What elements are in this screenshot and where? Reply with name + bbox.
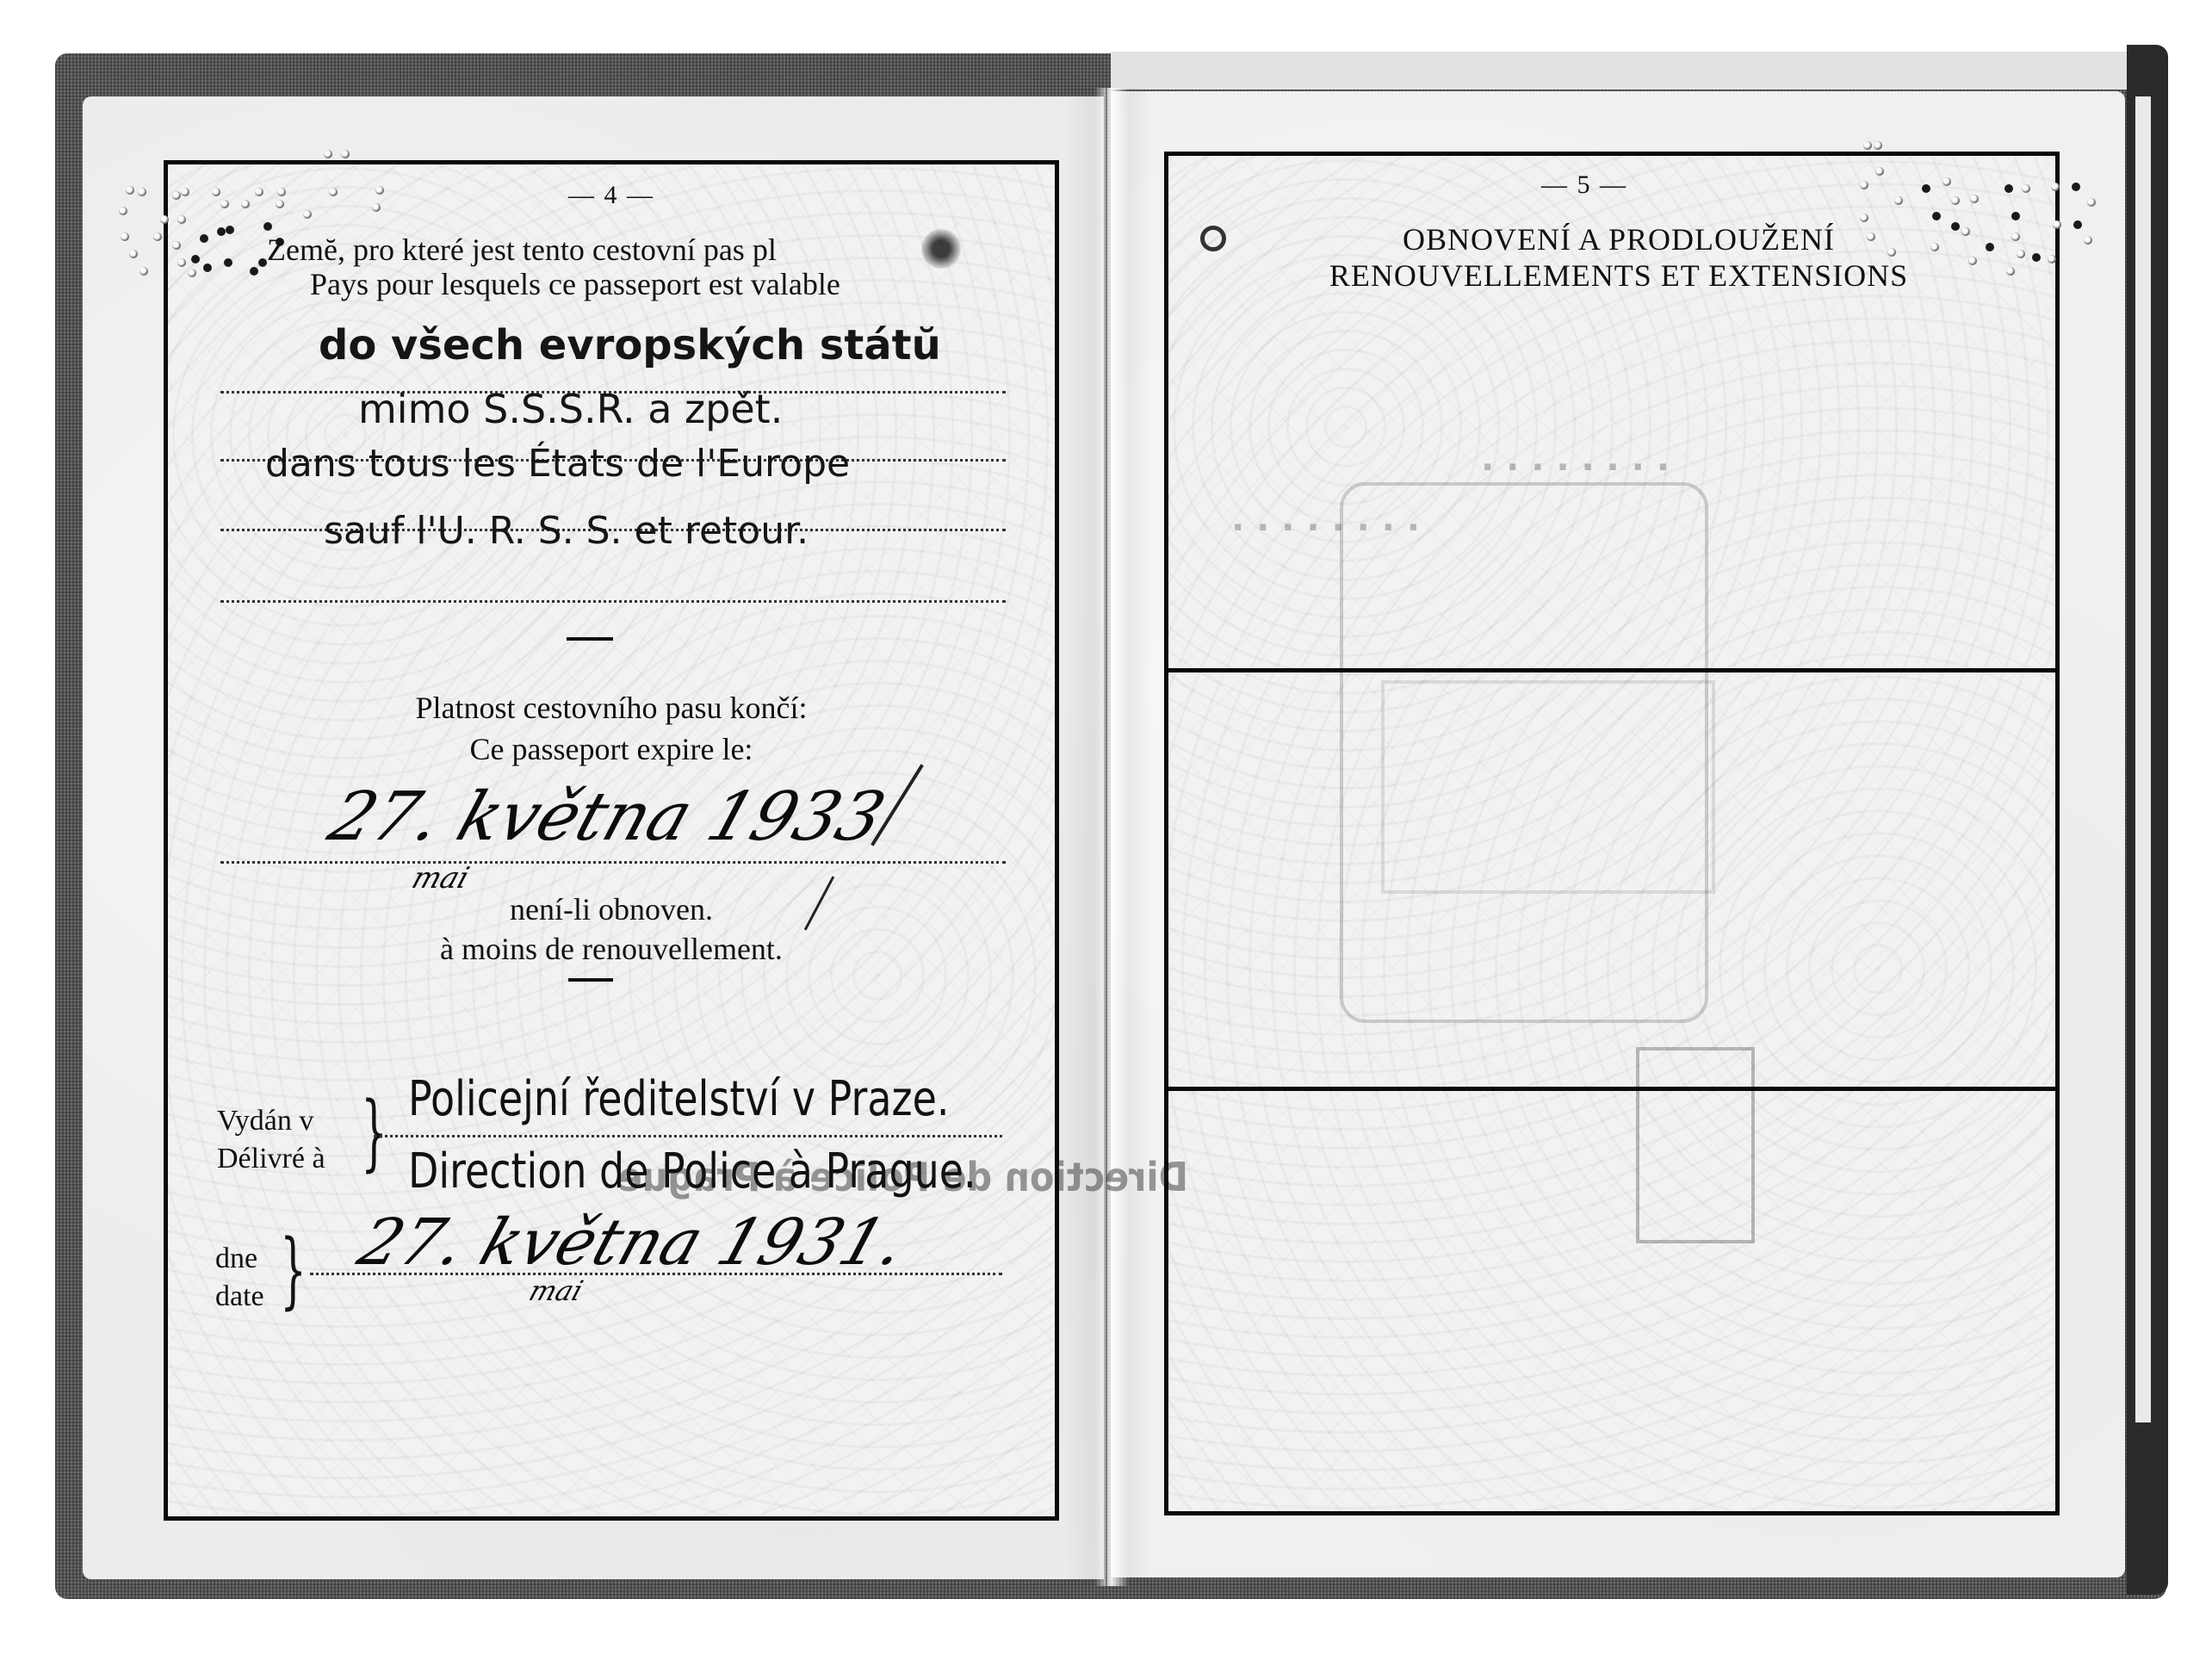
page-number-right: — 5 — (1498, 170, 1670, 200)
dotted-line (220, 861, 1006, 864)
countries-heading-cz: Zemĕ, pro které jest tento cestovní pas … (267, 232, 921, 267)
renewal-section-2 (1168, 672, 2055, 1085)
right-page-back-sheet (1111, 52, 2127, 90)
validity-stamp-line-2: mimo S.S.S.R. a zpět. (358, 387, 961, 431)
divider-rule (567, 637, 613, 641)
expiry-date-handwritten: 27. května 1933 (319, 778, 894, 856)
dotted-line (310, 1273, 1002, 1275)
date-label-fr: date (215, 1278, 264, 1316)
brace-icon: } (280, 1223, 307, 1317)
renewals-heading-fr: RENOUVELLEMENTS ET EXTENSIONS (1231, 258, 2006, 293)
expiry-label-cz: Platnost cestovního pasu končí: (267, 691, 956, 725)
issued-label-cz: Vydán v (217, 1102, 313, 1140)
issue-date-handwritten: 27. května 1931. (350, 1205, 914, 1280)
expiry-label-fr: Ce passeport expire le: (267, 732, 956, 766)
validity-stamp-line-1: do všech evropských státŭ (319, 324, 990, 367)
dotted-line (220, 600, 1006, 603)
book-gutter (1064, 88, 1150, 1586)
renewal-note-fr: à moins de renouvellement. (267, 932, 956, 966)
page-number-left: — 4 — (525, 181, 697, 210)
ring-stamp-icon (1200, 226, 1226, 251)
renewals-heading-cz: OBNOVENÍ A PRODLOUŽENÍ (1231, 222, 2006, 257)
date-label-cz: dne (215, 1240, 257, 1278)
countries-heading-fr: Pays pour lesquels ce passeport est vala… (310, 267, 930, 301)
validity-stamp-line-3: dans tous les États de l'Europe (265, 443, 1006, 486)
validity-stamp-line-4: sauf l'U. R. S. S. et retour. (324, 510, 978, 553)
ink-stain (921, 229, 961, 269)
issue-date-note: mai (525, 1274, 587, 1307)
brace-icon: } (361, 1085, 387, 1180)
show-through-issuer-stamp: Direction de Police à Prague (618, 1154, 1188, 1200)
renewal-section-1 (1168, 310, 2055, 666)
renewal-section-3 (1168, 1091, 2055, 1511)
gutter-fold-line (1106, 88, 1107, 1586)
renewal-note-cz: není-li obnoven. (267, 892, 956, 927)
dotted-line (374, 1135, 1002, 1137)
expiry-date-note: mai (408, 861, 474, 896)
issuer-stamp-cz: Policejní ředitelství v Praze. (408, 1076, 950, 1123)
cover-edge (2127, 45, 2168, 1595)
divider-rule (568, 978, 613, 982)
issued-label-fr: Délivré à (217, 1140, 325, 1178)
